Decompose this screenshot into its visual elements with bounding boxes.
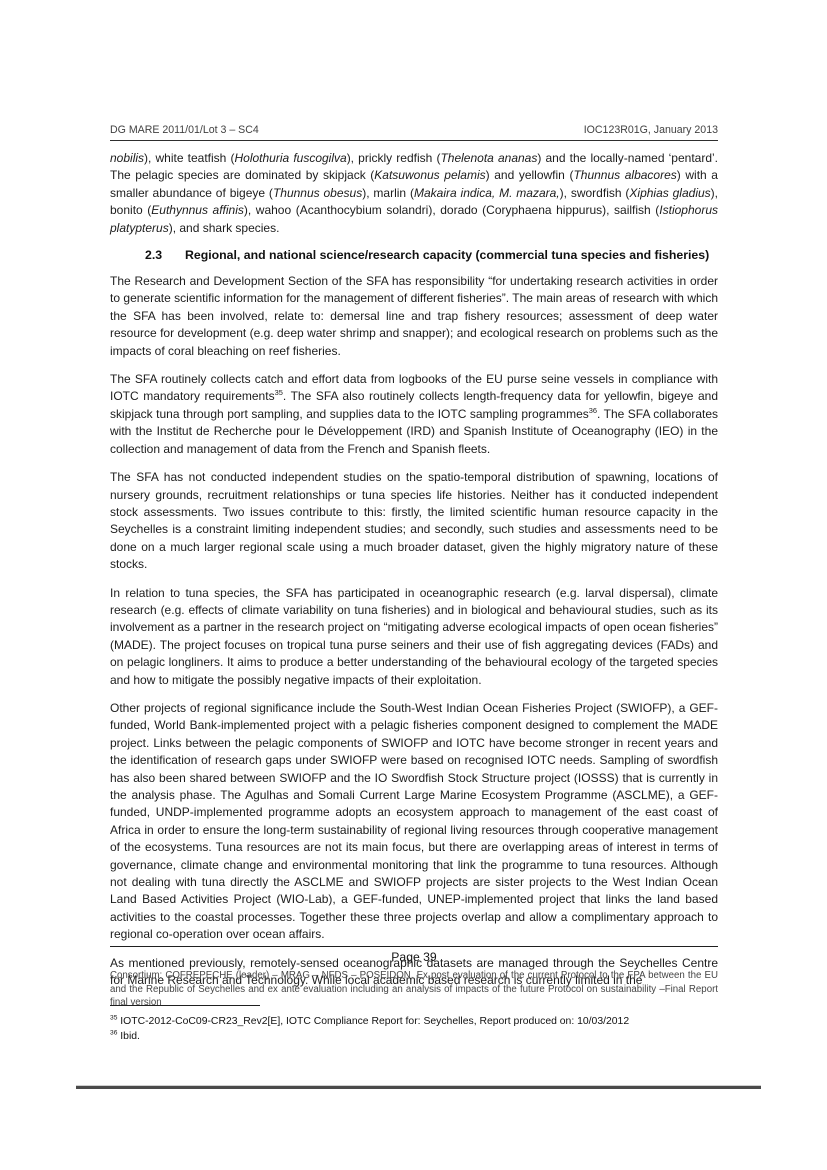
page-edge-line xyxy=(76,1085,761,1089)
consortium-note: Consortium: COFREPECHE (leader) – MRAG –… xyxy=(110,969,718,1010)
page-footer: Page 39 Consortium: COFREPECHE (leader) … xyxy=(110,946,718,1010)
paragraph-regional-projects: Other projects of regional significance … xyxy=(110,700,718,944)
paragraph-species-list: nobilis), white teatfish (Holothuria fus… xyxy=(110,150,718,237)
paragraph-tuna-research: In relation to tuna species, the SFA has… xyxy=(110,585,718,689)
page-number: Page 39 xyxy=(110,950,718,964)
header-right-reference: IOC123R01G, January 2013 xyxy=(584,124,718,136)
section-heading: 2.3 Regional, and national science/resea… xyxy=(110,248,718,262)
page-header: DG MARE 2011/01/Lot 3 – SC4 IOC123R01G, … xyxy=(110,124,718,141)
section-title: Regional, and national science/research … xyxy=(185,248,709,262)
document-page: DG MARE 2011/01/Lot 3 – SC4 IOC123R01G, … xyxy=(0,0,827,1170)
footnote-block: 35 IOTC-2012-CoC09-CR23_Rev2[E], IOTC Co… xyxy=(110,1005,718,1044)
paragraph-independent-studies: The SFA has not conducted independent st… xyxy=(110,469,718,573)
footnote-35: 35 IOTC-2012-CoC09-CR23_Rev2[E], IOTC Co… xyxy=(110,1014,718,1029)
section-number: 2.3 xyxy=(145,248,185,262)
paragraph-research-development: The Research and Development Section of … xyxy=(110,273,718,360)
footnote-36: 36 Ibid. xyxy=(110,1029,718,1044)
header-left-reference: DG MARE 2011/01/Lot 3 – SC4 xyxy=(110,124,259,136)
page-content: DG MARE 2011/01/Lot 3 – SC4 IOC123R01G, … xyxy=(110,124,718,1044)
paragraph-catch-effort-data: The SFA routinely collects catch and eff… xyxy=(110,371,718,458)
